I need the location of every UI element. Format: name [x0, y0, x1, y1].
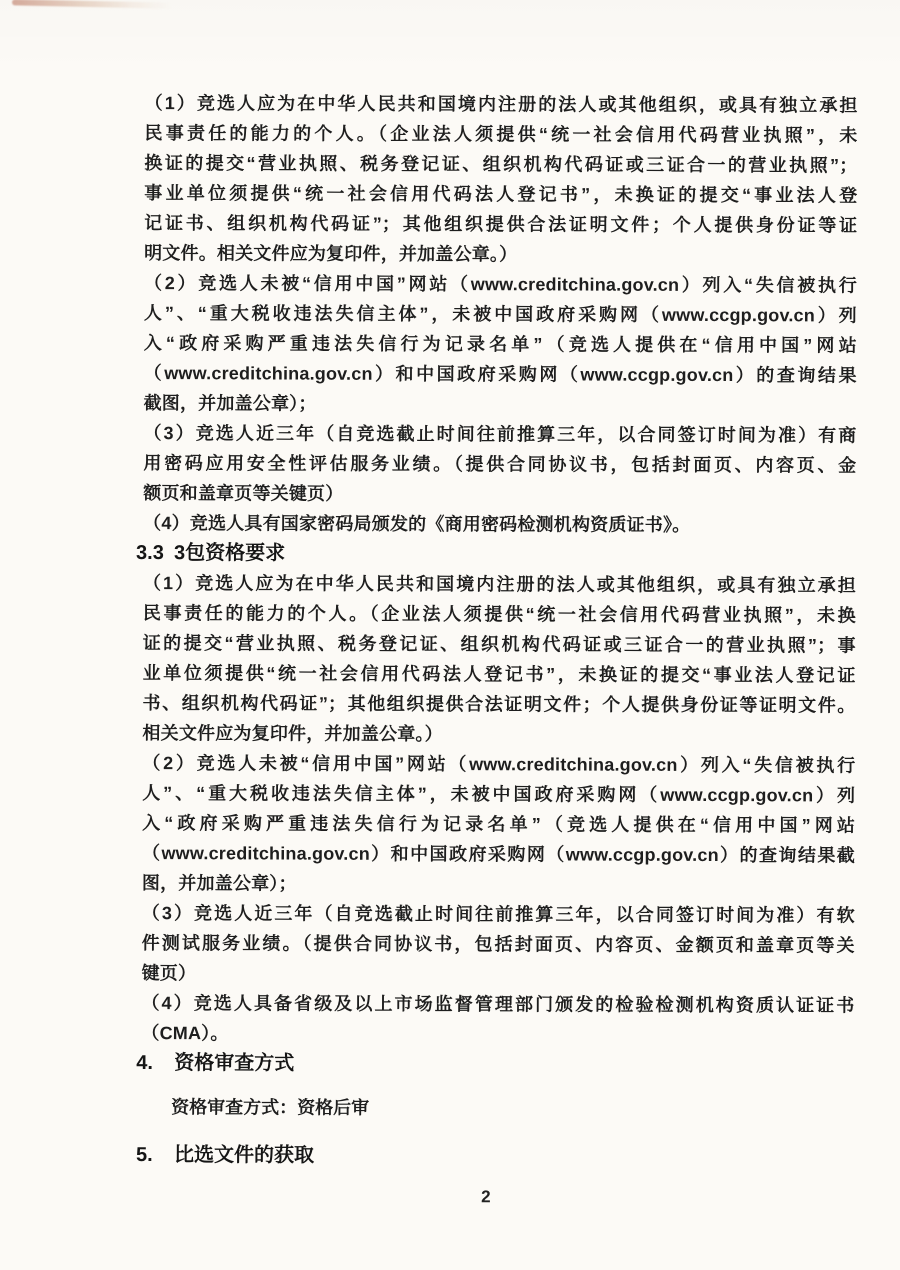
section-number: 4. [136, 1048, 174, 1078]
text-line: （2）竞选人未被“信用中国”网站（www.creditchina.gov.cn）… [144, 268, 857, 300]
text-line: 图，并加盖公章）； [142, 868, 855, 900]
text-line: 换证的提交“营业执照、税务登记证、组织机构代码证或三证合一的营业执照”； [144, 148, 857, 180]
text-line: （4）竞选人具有国家密码局颁发的《商用密码检测机构资质证书》。 [143, 508, 856, 540]
text-line: （3）竞选人近三年（自竞选截止时间往前推算三年，以合同签订时间为准）有商 [143, 418, 856, 450]
section-heading-4: 4. 资格审查方式 [136, 1048, 854, 1081]
paragraph-pkg2-item3: （3）竞选人近三年（自竞选截止时间往前推算三年，以合同签订时间为准）有商用密码应… [143, 418, 856, 510]
text-line: 业单位须提供“统一社会信用代码法人登记书”，未换证的提交“事业法人登记证 [143, 658, 856, 690]
section-pkg3-requirements: （1）竞选人应为在中华人民共和国境内注册的法人或其他组织，或具有独立承担民事责任… [136, 568, 856, 1051]
section-title: 比选文件的获取 [174, 1140, 314, 1170]
paragraph-pkg3-item2: （2）竞选人未被“信用中国”网站（www.creditchina.gov.cn）… [142, 748, 856, 900]
scanned-document-page: （1）竞选人应为在中华人民共和国境内注册的法人或其他组织，或具有独立承担民事责任… [0, 0, 900, 1270]
section-number: 3.3 [136, 538, 174, 568]
text-line: 入“政府采购严重违法失信行为记录名单”（竞选人提供在“信用中国”网站 [142, 808, 855, 840]
text-line: （3）竞选人近三年（自竞选截止时间往前推算三年，以合同签订时间为准）有软 [142, 898, 855, 930]
section-heading-5: 5. 比选文件的获取 [136, 1140, 854, 1173]
text-line: 证的提交“营业执照、税务登记证、组织机构代码证或三证合一的营业执照”；事 [143, 628, 856, 660]
paragraph-pkg2-item1: （1）竞选人应为在中华人民共和国境内注册的法人或其他组织，或具有独立承担民事责任… [144, 88, 858, 270]
paragraph-pkg2-item2: （2）竞选人未被“信用中国”网站（www.creditchina.gov.cn）… [144, 268, 858, 420]
text-line: （4）竞选人具备省级及以上市场监督管理部门颁发的检验检测机构资质认证证书 [141, 988, 854, 1020]
section-number: 5. [136, 1140, 174, 1170]
text-line: （www.creditchina.gov.cn）和中国政府采购网（www.ccg… [142, 838, 855, 870]
text-line: （www.creditchina.gov.cn）和中国政府采购网（www.ccg… [144, 358, 857, 390]
section-heading-3-3: 3.3 3包资格要求 [136, 538, 856, 571]
text-line: 民事责任的能力的个人。（企业法人须提供“统一社会信用代码营业执照”，未 [144, 118, 857, 150]
text-line: 相关文件应为复印件，并加盖公章。） [142, 718, 855, 750]
qualification-review-method-text: 资格审查方式：资格后审 [171, 1092, 854, 1124]
text-line: 用密码应用安全性评估服务业绩。（提供合同协议书，包括封面页、内容页、金 [143, 448, 856, 480]
text-line: 记证书、组织机构代码证”；其他组织提供合法证明文件；个人提供身份证等证 [144, 208, 857, 240]
paragraph-pkg3-item1: （1）竞选人应为在中华人民共和国境内注册的法人或其他组织，或具有独立承担民事责任… [142, 568, 856, 750]
text-line: （CMA）。 [141, 1018, 854, 1050]
text-line: 额页和盖章页等关键页） [143, 478, 856, 510]
paragraph-pkg3-item4: （4）竞选人具备省级及以上市场监督管理部门颁发的检验检测机构资质认证证书（CMA… [141, 988, 854, 1050]
paragraph-pkg2-item4: （4）竞选人具有国家密码局颁发的《商用密码检测机构资质证书》。 [143, 508, 856, 540]
text-line: 人”、“重大税收违法失信主体”，未被中国政府采购网（www.ccgp.gov.c… [142, 778, 855, 810]
document-content: （1）竞选人应为在中华人民共和国境内注册的法人或其他组织，或具有独立承担民事责任… [136, 0, 858, 1208]
text-line: 书、组织机构代码证”；其他组织提供合法证明文件；个人提供身份证等证明文件。 [142, 688, 855, 720]
text-line: 民事责任的能力的个人。（企业法人须提供“统一社会信用代码营业执照”，未换 [143, 598, 856, 630]
text-line: 件测试服务业绩。（提供合同协议书，包括封面页、内容页、金额页和盖章页等关 [142, 928, 855, 960]
text-line: 键页） [142, 958, 855, 990]
text-line: 截图，并加盖公章）； [144, 388, 857, 420]
text-line: 事业单位须提供“统一社会信用代码法人登记书”，未换证的提交“事业法人登 [144, 178, 857, 210]
text-line: 明文件。相关文件应为复印件，并加盖公章。） [144, 238, 857, 270]
text-line: （1）竞选人应为在中华人民共和国境内注册的法人或其他组织，或具有独立承担 [145, 88, 858, 120]
paragraph-pkg3-item3: （3）竞选人近三年（自竞选截止时间往前推算三年，以合同签订时间为准）有软件测试服… [142, 898, 855, 990]
section-pkg2-requirements: （1）竞选人应为在中华人民共和国境内注册的法人或其他组织，或具有独立承担民事责任… [138, 88, 858, 541]
text-line: 入“政府采购严重违法失信行为记录名单”（竞选人提供在“信用中国”网站 [144, 328, 857, 360]
page-number: 2 [136, 1186, 836, 1208]
text-line: （2）竞选人未被“信用中国”网站（www.creditchina.gov.cn）… [142, 748, 855, 780]
section-title: 3包资格要求 [174, 538, 285, 568]
section-title: 资格审查方式 [174, 1048, 294, 1078]
text-line: （1）竞选人应为在中华人民共和国境内注册的法人或其他组织，或具有独立承担 [143, 568, 856, 600]
text-line: 人”、“重大税收违法失信主体”，未被中国政府采购网（www.ccgp.gov.c… [144, 298, 857, 330]
